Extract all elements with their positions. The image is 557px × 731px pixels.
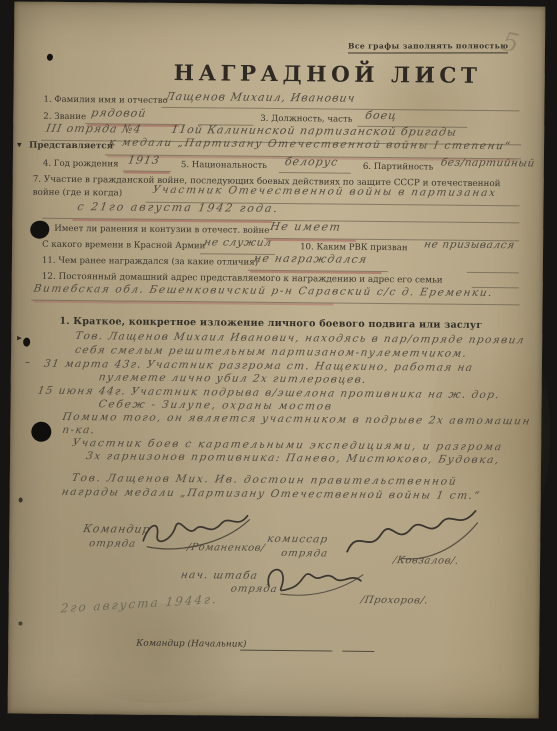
- scanned-award-sheet: Все графы заполнять полностью 5 НАГРАДНО…: [0, 0, 557, 731]
- field-prior-awards-label: 11. Чем ранее награждался (за какие отли…: [42, 256, 258, 268]
- pencil-dash-mark: –: [25, 358, 30, 368]
- rule: [279, 172, 351, 174]
- paper-stain: [48, 602, 269, 704]
- field-war-participation-label-line2: войне (где и когда): [33, 188, 123, 199]
- rule: [342, 651, 374, 652]
- field-birthyear-label: 4. Год рождения: [43, 159, 119, 170]
- rule: [161, 107, 519, 111]
- merit-line: Себеж - Зилупе, охраны мостов: [98, 398, 334, 412]
- signature-date: 2го августа 1944г.: [60, 592, 218, 616]
- merit-section-heading: 1. Краткое, конкретное изложение личного…: [59, 316, 482, 331]
- instruction-stamp: Все графы заполнять полностью: [348, 41, 508, 53]
- commissar-name: /Ковзалов/.: [392, 555, 460, 567]
- hole-punch: [31, 422, 51, 442]
- mark-left-margin: ▾: [17, 140, 22, 150]
- corner-pencil-mark: 5: [499, 27, 522, 60]
- field-brigade-value: 11ой Калининской партизанской бригады: [170, 123, 458, 139]
- field-unit-value: III отряда №4: [45, 122, 143, 136]
- rule: [240, 650, 332, 652]
- paper-speck: [19, 498, 23, 503]
- field-rvk-value: не призывался: [423, 238, 516, 251]
- paper-sheet: Все графы заполнять полностью 5 НАГРАДНО…: [8, 1, 546, 718]
- field-wounds-label: Имеет ли ранения и контузии в отечест. в…: [54, 224, 269, 236]
- field-prior-awards-value: не награждался: [253, 252, 369, 266]
- paper-speck: [18, 622, 22, 626]
- merit-line: 3х гарнизонов противника: Панево, Мистюк…: [85, 450, 501, 466]
- field-presented-value: к медали „Партизану Отечественной войны …: [108, 136, 512, 152]
- commander-name: /Романенков/: [186, 542, 266, 554]
- merit-line: п-ка.: [61, 424, 96, 436]
- merit-line: Помимо того, он является участником в по…: [61, 411, 532, 427]
- field-birthyear-value: 1913: [127, 154, 161, 167]
- merit-line: себя смелым решительным партизаном-пулем…: [74, 344, 468, 360]
- red-check-mark: [124, 172, 170, 174]
- field-nationality-label: 5. Национальность: [181, 160, 267, 171]
- field-redarmy-value: не служил: [203, 236, 273, 249]
- field-wounds-value: Не имеет: [269, 220, 342, 234]
- document-title: НАГРАДНОЙ ЛИСТ: [174, 61, 482, 89]
- commander-unit: отряда: [88, 538, 137, 549]
- pencil-arrow-mark: ▸: [17, 334, 22, 344]
- commissar-unit: отряда: [280, 548, 329, 559]
- chief-of-staff-role: нач. штаба: [180, 569, 259, 582]
- chief-of-staff-signature: [261, 560, 366, 601]
- field-name-value: Лащенов Михаил, Иванович: [164, 90, 356, 105]
- commissar-role: комиссар: [266, 533, 329, 546]
- field-redarmy-label: С какого времени в Красной Армии: [42, 240, 205, 252]
- paper-notch: [23, 338, 30, 347]
- merit-line: Тов. Лащенов Мих. Ив. достоин правительс…: [71, 472, 459, 488]
- field-rank-value: рядовой: [90, 106, 147, 120]
- chief-of-staff-name: /Прохоров/.: [360, 595, 429, 607]
- field-war-participation-value: Участник Отечественной войны в партизана…: [152, 184, 498, 199]
- ink-blot: [30, 221, 49, 239]
- field-party-value: без/партийный: [440, 157, 536, 170]
- field-name-label: 1. Фамилия имя и отчество: [43, 95, 167, 106]
- footer-commander-label: Командир (Начальник): [136, 639, 246, 650]
- paper-speck: [47, 54, 53, 61]
- field-nationality-value: белорус: [284, 155, 340, 168]
- rule: [467, 272, 519, 273]
- field-presented-label: Представляется: [29, 141, 113, 152]
- merit-line: награды медали „Партизану Отечественной …: [61, 486, 482, 502]
- merit-line: пулемете лично убил 2х гитлеровцев.: [98, 371, 368, 386]
- field-party-label: 6. Партийность: [363, 162, 434, 173]
- field-war-since-value: с 21го августа 1942 года.: [76, 200, 280, 215]
- field-duty-value: боец: [364, 109, 398, 122]
- field-rank-label: 2. Звание: [43, 112, 86, 122]
